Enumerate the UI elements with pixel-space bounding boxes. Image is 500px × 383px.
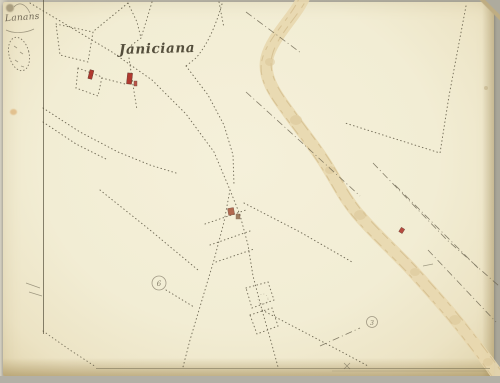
stream-shading <box>265 58 493 366</box>
commune-boundary-lines <box>246 12 499 346</box>
map-linework: 6 3 <box>0 0 500 383</box>
scanned-map-photo: 6 3 Lanans Janiciana <box>0 0 500 383</box>
parcel-boundary-lines <box>30 2 466 367</box>
building-mark <box>126 73 132 84</box>
survey-circle-left-number: 6 <box>157 280 162 288</box>
neatline-corner-bevel <box>43 331 96 367</box>
survey-circle-right-number: 3 <box>370 319 374 327</box>
ink-marks <box>6 4 433 369</box>
stream-right-bank <box>271 0 500 375</box>
building-mark <box>399 227 405 233</box>
building-mark <box>88 70 94 80</box>
building-mark <box>134 81 137 86</box>
oval-enclosure <box>5 35 33 73</box>
building-mark <box>236 214 240 219</box>
building-mark <box>228 208 235 216</box>
stream <box>261 0 500 379</box>
